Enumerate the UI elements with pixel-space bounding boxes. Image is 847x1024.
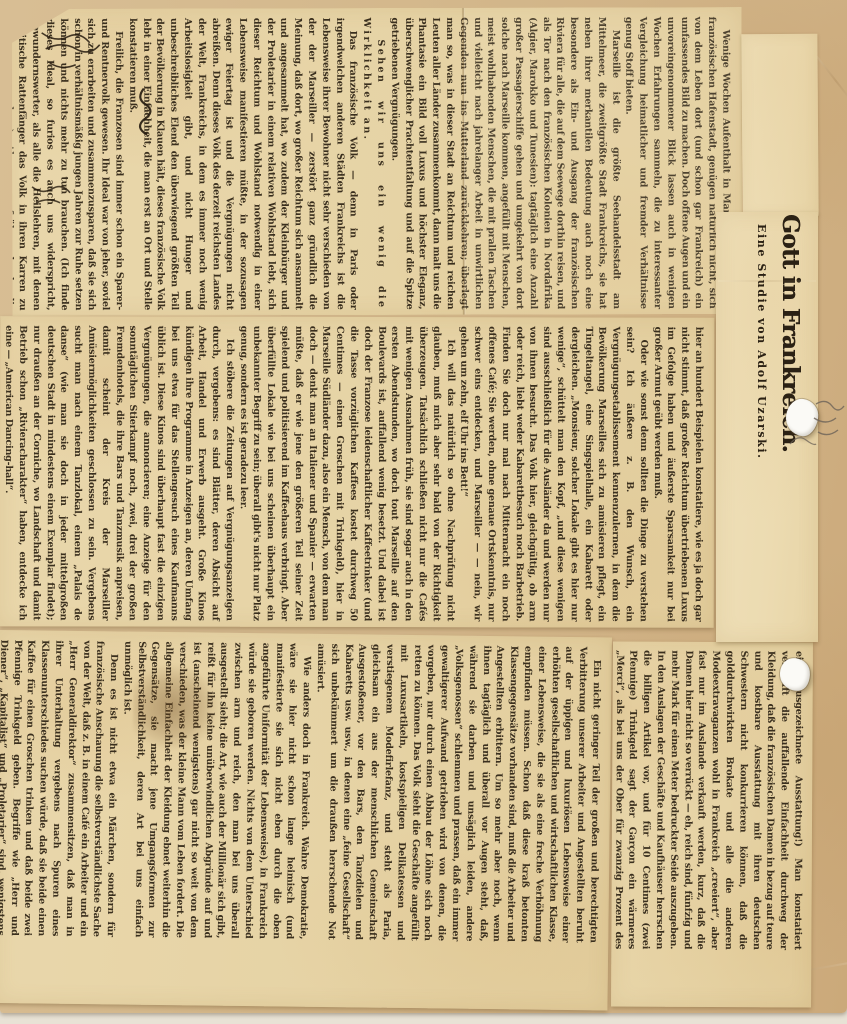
article-paragraph: Oder wie sonst denn sollten die Dinge zu…	[456, 326, 650, 621]
clipping-strip-column-4: eine ausgezeichnete Ausstattung!) Man ko…	[611, 641, 813, 1007]
article-paragraph: Marseille ist die größte Seehandelsstadt…	[387, 16, 622, 309]
article-paragraph: Denn es ist nicht etwa ein Märchen, sond…	[0, 637, 120, 937]
stain-mark	[133, 664, 220, 751]
scanned-newspaper-clipping-page: { "document": { "kind": "scanned newspap…	[0, 0, 847, 1024]
clipping-strip-column-1: Wenige Wochen Aufenthalt in Marseille, d…	[12, 7, 743, 316]
article-subtitle: Eine Studie von Adolf Uzarski.	[755, 224, 768, 642]
article-paragraph: hier an hundert Beispielen konstatiere, …	[649, 327, 705, 622]
article-paragraph: Ein nicht geringer Teil der großen und b…	[310, 643, 603, 943]
article-paragraph: Ich will das natürlich so ohne Nachprüfu…	[236, 326, 457, 621]
pencil-scribble	[788, 432, 818, 450]
article-paragraph: Das französische Volk — denn in Paris od…	[125, 17, 360, 310]
ink-correction-mark	[36, 27, 106, 71]
crease-mark	[718, 280, 816, 282]
clipping-strip-column-3: Ein nicht geringer Teil der großen und b…	[0, 630, 612, 1010]
article-paragraph: eine ausgezeichnete Ausstattung!) Man ko…	[611, 649, 805, 949]
ink-correction-mark	[28, 179, 74, 211]
title-strip-blank-top	[741, 34, 818, 217]
article-paragraph-emphasized: Sehen wir uns ein wenig die Wirklichkeit…	[359, 17, 387, 309]
article-paragraph: Ich stöbere die Zeitungen auf Vergnügung…	[1, 325, 236, 620]
clipping-strip-column-2: hier an hundert Beispielen konstatiere, …	[0, 316, 714, 627]
ink-correction-mark	[132, 87, 156, 137]
